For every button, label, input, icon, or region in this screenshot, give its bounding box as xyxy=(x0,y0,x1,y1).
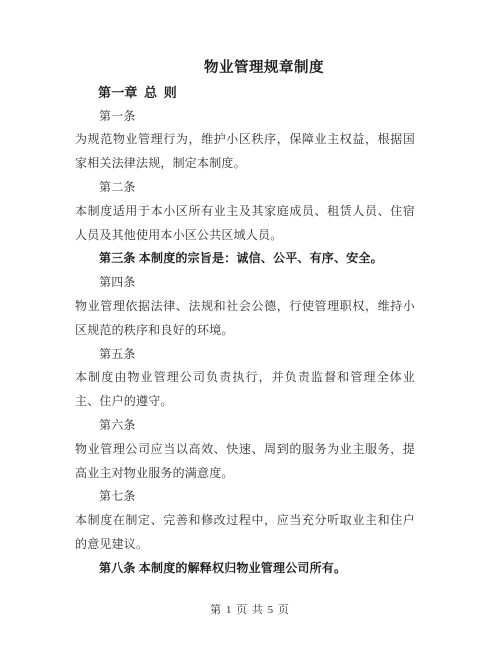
block-paragraph: 物业管理公司应当以高效、快速、周到的服务为业主服务，提高业主对物业服务的满意度。 xyxy=(75,438,415,486)
block-chapter: 第一章 总 则 xyxy=(75,81,415,105)
block-clause-label: 第六条 xyxy=(75,414,415,438)
block-paragraph: 本制度在制定、完善和修改过程中，应当充分听取业主和住户的意见建议。 xyxy=(75,509,415,557)
block-paragraph: 为规范物业管理行为，维护小区秩序，保障业主权益，根据国家相关法律法规，制定本制度… xyxy=(75,128,415,176)
block-clause-label: 第一条 xyxy=(75,105,415,129)
block-paragraph: 本制度由物业管理公司负责执行，并负责监督和管理全体业主、住户的遵守。 xyxy=(75,366,415,414)
document-body: 第一章 总 则第一条为规范物业管理行为，维护小区秩序，保障业主权益，根据国家相关… xyxy=(75,81,415,581)
block-clause-label: 第二条 xyxy=(75,176,415,200)
document-title: 物业管理规章制度 xyxy=(0,0,500,81)
block-clause-label: 第七条 xyxy=(75,485,415,509)
block-clause-label: 第五条 xyxy=(75,343,415,367)
block-paragraph: 物业管理依据法律、法规和社会公德，行使管理职权，维持小区规范的秩序和良好的环境。 xyxy=(75,295,415,343)
document-page: 物业管理规章制度 第一章 总 则第一条为规范物业管理行为，维护小区秩序，保障业主… xyxy=(0,0,500,647)
block-clause-bold: 第八条 本制度的解释权归物业管理公司所有。 xyxy=(75,557,415,581)
block-clause-bold: 第三条 本制度的宗旨是：诚信、公平、有序、安全。 xyxy=(75,247,415,271)
page-footer: 第 1 页 共 5 页 xyxy=(0,601,500,617)
block-paragraph: 本制度适用于本小区所有业主及其家庭成员、租赁人员、住宿人员及其他使用本小区公共区… xyxy=(75,200,415,248)
page-number-text: 第 1 页 共 5 页 xyxy=(210,604,290,616)
block-clause-label: 第四条 xyxy=(75,271,415,295)
